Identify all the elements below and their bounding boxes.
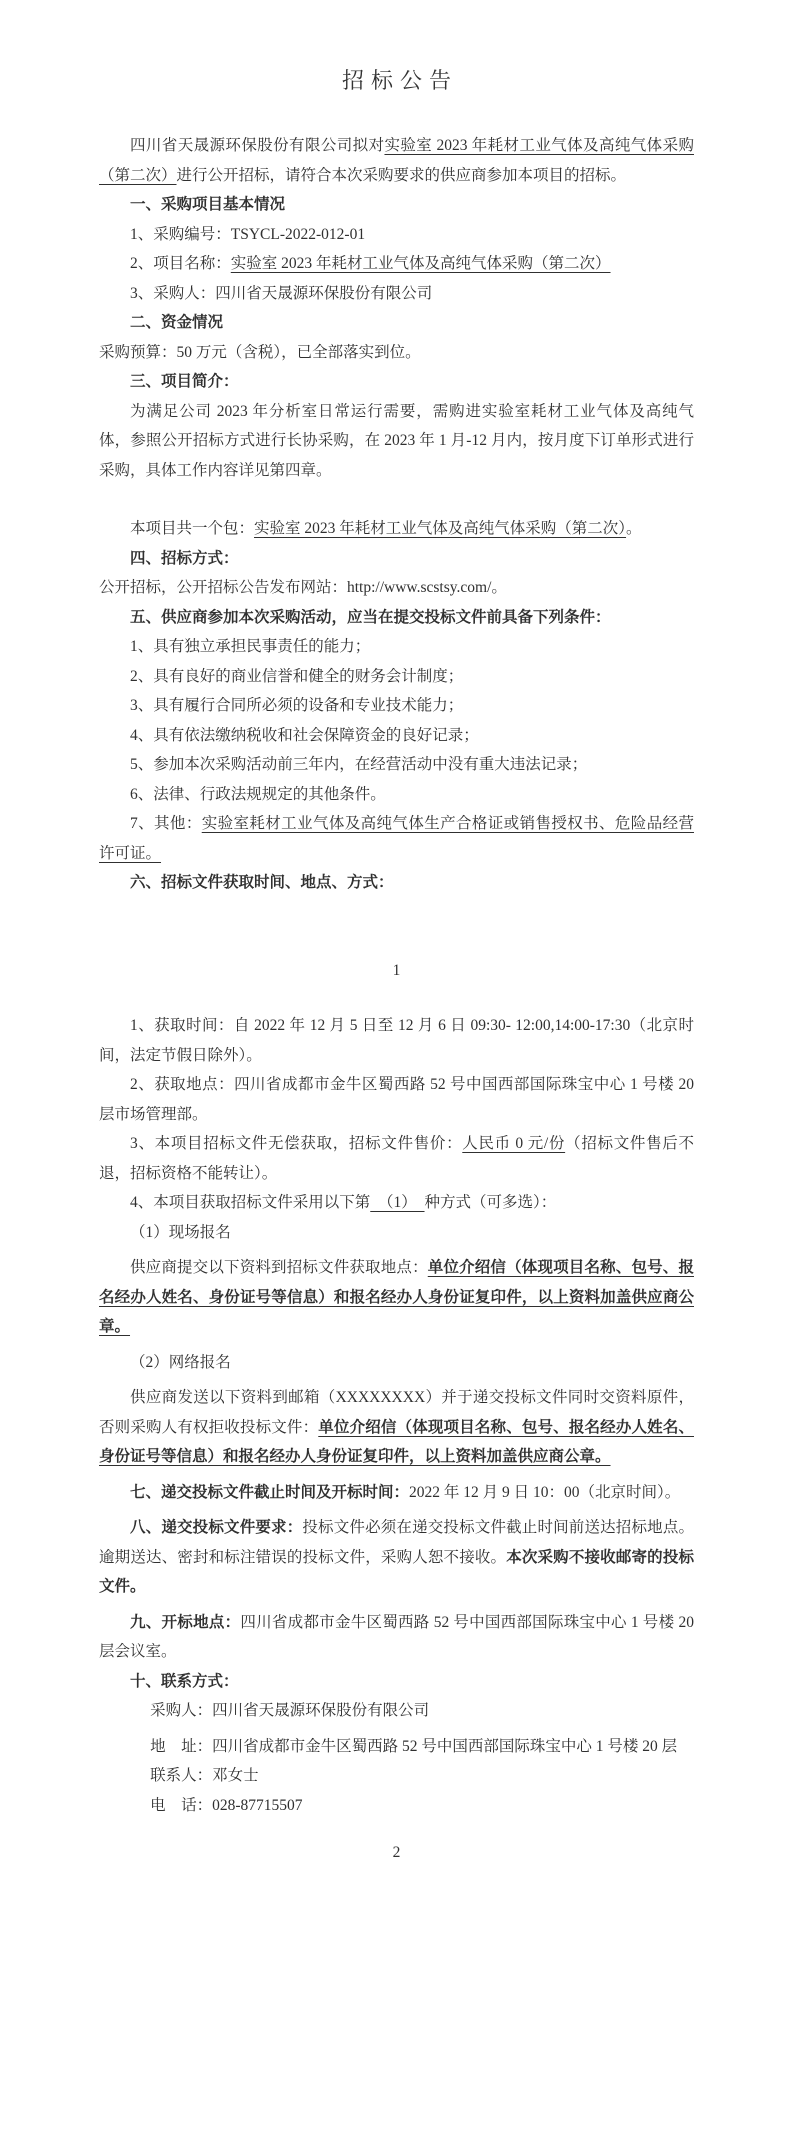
page2-content: 1、获取时间：自 2022 年 12 月 5 日至 12 月 6 日 09:30… xyxy=(99,1011,694,1868)
section7-heading: 七、递交投标文件截止时间及开标时间： xyxy=(130,1484,409,1501)
contact-buyer: 采购人：四川省天晟源环保股份有限公司 xyxy=(99,1696,694,1726)
contact-phone: 电 话：028-87715507 xyxy=(99,1791,694,1821)
condition-item-other: 7、其他：实验室耗材工业气体及高纯气体生产合格证或销售授权书、危险品经营许可证。 xyxy=(99,809,694,868)
section9-heading: 九、开标地点： xyxy=(130,1614,240,1631)
page2-number: 2 xyxy=(99,1838,694,1868)
obtain-method-post: 种方式（可多选）： xyxy=(425,1194,557,1211)
obtain-method-choice: （1） xyxy=(370,1194,424,1211)
doc-body: 四川省天晟源环保股份有限公司拟对实验室 2023 年耗材工业气体及高纯气体采购（… xyxy=(0,131,793,1868)
intro-text-post: 进行公开招标，请符合本次采购要求的供应商参加本项目的招标。 xyxy=(177,167,627,184)
doc-price-pre: 3、本项目招标文件无偿获取，招标文件售价： xyxy=(130,1135,462,1152)
section1-heading: 一、采购项目基本情况 xyxy=(99,190,694,220)
contact-address: 地 址：四川省成都市金牛区蜀西路 52 号中国西部国际珠宝中心 1 号楼 20 … xyxy=(99,1732,694,1762)
condition-item: 5、参加本次采购活动前三年内，在经营活动中没有重大违法记录； xyxy=(99,750,694,780)
purchaser-item: 3、采购人：四川省天晟源环保股份有限公司 xyxy=(99,279,694,309)
option1-body-pre: 供应商提交以下资料到招标文件获取地点： xyxy=(130,1259,428,1276)
project-intro-paragraph: 为满足公司 2023 年分析室日常运行需要，需购进实验室耗材工业气体及高纯气体，… xyxy=(99,397,694,486)
project-name-item: 2、项目名称：实验室 2023 年耗材工业气体及高纯气体采购（第二次） xyxy=(99,249,694,279)
option1-body: 供应商提交以下资料到招标文件获取地点：单位介绍信（体现项目名称、包号、报名经办人… xyxy=(99,1253,694,1342)
project-name-value: 实验室 2023 年耗材工业气体及高纯气体采购（第二次） xyxy=(231,255,611,272)
intro-paragraph: 四川省天晟源环保股份有限公司拟对实验室 2023 年耗材工业气体及高纯气体采购（… xyxy=(99,131,694,190)
package-paragraph: 本项目共一个包：实验室 2023 年耗材工业气体及高纯气体采购（第二次）。 xyxy=(99,514,694,544)
condition-other-label: 7、其他： xyxy=(130,815,202,832)
submission-requirements-paragraph: 八、递交投标文件要求：投标文件必须在递交投标文件截止时间前送达招标地点。逾期送达… xyxy=(99,1513,694,1602)
condition-item: 6、法律、行政法规规定的其他条件。 xyxy=(99,780,694,810)
opening-place-paragraph: 九、开标地点：四川省成都市金牛区蜀西路 52 号中国西部国际珠宝中心 1 号楼 … xyxy=(99,1608,694,1667)
intro-text-pre: 四川省天晟源环保股份有限公司拟对 xyxy=(130,137,384,154)
section6-heading: 六、招标文件获取时间、地点、方式： xyxy=(99,868,694,898)
section3-heading: 三、项目简介： xyxy=(99,367,694,397)
section8-heading: 八、递交投标文件要求： xyxy=(130,1519,302,1536)
package-label: 本项目共一个包： xyxy=(130,520,254,537)
obtain-method-pre: 4、本项目获取招标文件采用以下第 xyxy=(130,1194,370,1211)
section10-heading: 十、联系方式： xyxy=(99,1667,694,1697)
section2-heading: 二、资金情况 xyxy=(99,308,694,338)
tender-method-paragraph: 公开招标，公开招标公告发布网站：http://www.scstsy.com/。 xyxy=(99,573,694,603)
deadline-value: 2022 年 12 月 9 日 10：00（北京时间）。 xyxy=(409,1484,680,1501)
condition-item: 3、具有履行合同所必须的设备和专业技术能力； xyxy=(99,691,694,721)
page1-number: 1 xyxy=(99,956,694,986)
obtain-method-item: 4、本项目获取招标文件采用以下第 （1） 种方式（可多选）： xyxy=(99,1188,694,1218)
purchase-number-item: 1、采购编号：TSYCL-2022-012-01 xyxy=(99,220,694,250)
doc-price-value: 人民币 0 元/份 xyxy=(462,1135,565,1152)
option2-label: （2）网络报名 xyxy=(99,1348,694,1378)
deadline-paragraph: 七、递交投标文件截止时间及开标时间：2022 年 12 月 9 日 10：00（… xyxy=(99,1478,694,1508)
condition-item: 2、具有良好的商业信誉和健全的财务会计制度； xyxy=(99,662,694,692)
section5-heading: 五、供应商参加本次采购活动，应当在提交投标文件前具备下列条件： xyxy=(99,603,694,633)
package-name: 实验室 2023 年耗材工业气体及高纯气体采购（第二次） xyxy=(254,520,626,537)
contact-person: 联系人：邓女士 xyxy=(99,1761,694,1791)
document-page: 招标公告 四川省天晟源环保股份有限公司拟对实验室 2023 年耗材工业气体及高纯… xyxy=(0,64,793,1868)
condition-item: 1、具有独立承担民事责任的能力； xyxy=(99,632,694,662)
budget-paragraph: 采购预算：50 万元（含税），已全部落实到位。 xyxy=(99,338,694,368)
option1-label: （1）现场报名 xyxy=(99,1218,694,1248)
condition-item: 4、具有依法缴纳税收和社会保障资金的良好记录； xyxy=(99,721,694,751)
section4-heading: 四、招标方式： xyxy=(99,544,694,574)
doc-title: 招标公告 xyxy=(0,64,793,95)
option2-body: 供应商发送以下资料到邮箱（XXXXXXXX）并于递交投标文件同时交资料原件，否则… xyxy=(99,1383,694,1472)
project-name-label: 2、项目名称： xyxy=(130,255,231,272)
doc-price-item: 3、本项目招标文件无偿获取，招标文件售价：人民币 0 元/份（招标文件售后不退，… xyxy=(99,1129,694,1188)
package-period: 。 xyxy=(626,520,642,537)
obtain-time-item: 1、获取时间：自 2022 年 12 月 5 日至 12 月 6 日 09:30… xyxy=(99,1011,694,1070)
obtain-place-item: 2、获取地点：四川省成都市金牛区蜀西路 52 号中国西部国际珠宝中心 1 号楼 … xyxy=(99,1070,694,1129)
